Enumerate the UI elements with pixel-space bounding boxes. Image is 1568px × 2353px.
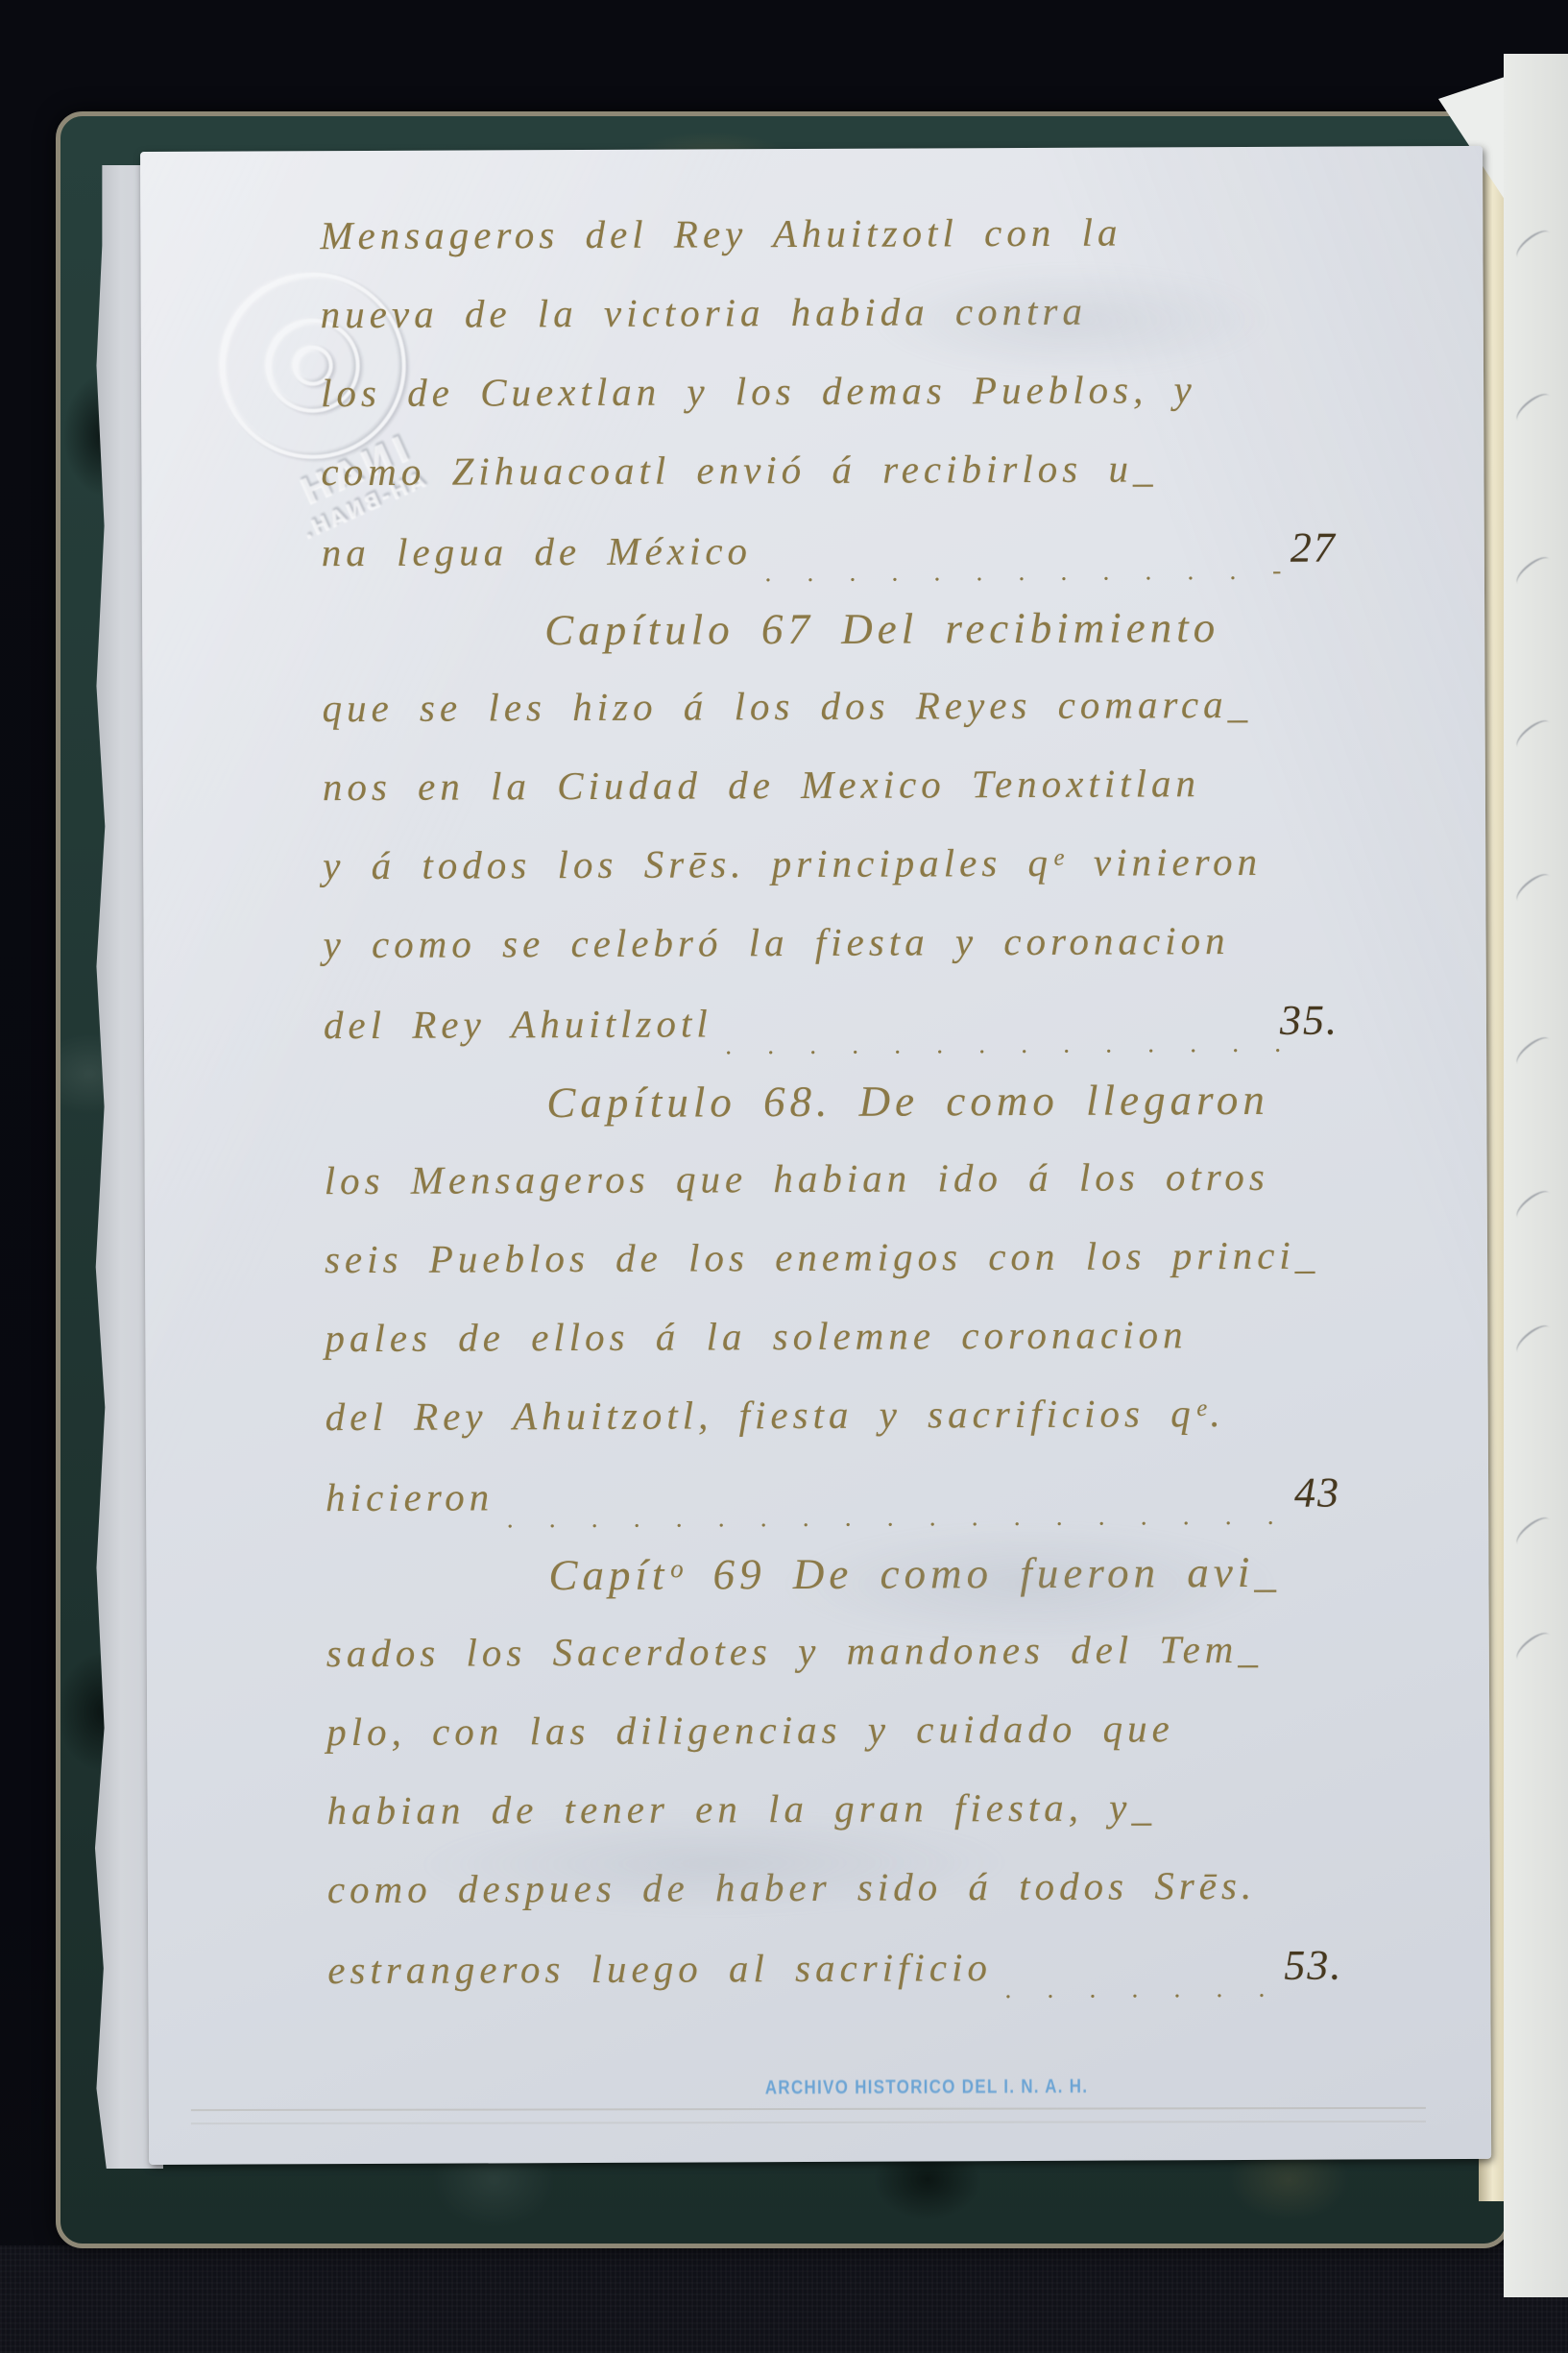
manuscript-line: estrangeros luego al sacrificio. . . . .… [327, 1941, 1342, 2025]
line-text: y á todos los Srēs. principales qᵉ vinie… [323, 838, 1262, 888]
page-number-reference: 43 [1294, 1468, 1340, 1517]
chapter-heading-line: Capítulo 67 Del recibimiento [322, 601, 1383, 685]
line-text: pales de ellos á la solemne coronacion [325, 1311, 1187, 1361]
dotted-leader: . . . . . . . . . [992, 1974, 1285, 2021]
chapter-heading-line: Capítulo 68. De como llegaron [324, 1074, 1385, 1157]
manuscript-line: seis Pueblos de los enemigos con los pri… [325, 1231, 1386, 1315]
manuscript-line: plo, con las diligencias y cuidado que [326, 1704, 1387, 1787]
paper-crease [191, 2121, 1426, 2124]
dotted-leader: . . . . . . . . . . . . - - - [752, 556, 1291, 604]
manuscript-line: nos en la Ciudad de Mexico Tenoxtitlan [323, 759, 1384, 842]
faint-handwriting-fragment [1512, 716, 1555, 754]
faint-handwriting-fragment [1512, 1321, 1555, 1359]
faint-handwriting-fragment [1512, 869, 1555, 908]
manuscript-line: los de Cuextlan y los demas Pueblos, y [321, 365, 1382, 449]
line-text: y como se celebró la fiesta y coronacion [323, 917, 1229, 967]
manuscript-line: Mensageros del Rey Ahuitzotl con la [320, 207, 1381, 291]
manuscript-line: sados los Sacerdotes y mandones del Tem_ [326, 1625, 1387, 1709]
page-number-reference: 27 [1291, 523, 1337, 572]
line-text: del Rey Ahuitlzotl [324, 1000, 712, 1048]
manuscript-line: como Zihuacoatl envió á recibirlos u_ [321, 444, 1382, 527]
manuscript-line: pales de ellos á la solemne coronacion [325, 1310, 1386, 1394]
page-number-reference: 35. [1280, 996, 1339, 1045]
manuscript-line: del Rey Ahuitzotl, fiesta y sacrificios … [326, 1389, 1387, 1472]
line-text: hicieron [326, 1473, 494, 1520]
manuscript-line: na legua de México. . . . . . . . . . . … [322, 523, 1337, 607]
line-text: Capítulo 67 Del recibimiento [544, 602, 1219, 655]
photograph-of-manuscript: INAH AH-BNAH. Mensageros del Rey Ahuitzo… [0, 0, 1568, 2353]
line-text: seis Pueblos de los enemigos con los pri… [325, 1232, 1319, 1283]
faint-handwriting-fragment [1512, 1513, 1555, 1551]
faint-handwriting-fragment [1512, 1628, 1555, 1666]
next-page-edge [1504, 54, 1568, 2297]
faint-handwriting-fragment [1512, 1032, 1555, 1071]
manuscript-line: los Mensageros que habian ido á los otro… [325, 1152, 1386, 1236]
line-text: Capítulo 68. De como llegaron [546, 1075, 1269, 1128]
manuscript-line: y como se celebró la fiesta y coronacion [323, 916, 1384, 1000]
table-surface [0, 2245, 1568, 2353]
line-text: nos en la Ciudad de Mexico Tenoxtitlan [323, 760, 1200, 810]
manuscript-page: INAH AH-BNAH. Mensageros del Rey Ahuitzo… [140, 146, 1491, 2165]
line-text: que se les hizo á los dos Reyes comarca_ [322, 681, 1252, 731]
dotted-leader: . . . . . . . . . . . . . . _ . . [712, 1029, 1280, 1078]
line-text: plo, con las diligencias y cuidado que [326, 1705, 1174, 1755]
faint-handwriting-fragment [1512, 226, 1555, 264]
text-block: Mensageros del Rey Ahuitzotl con lanueva… [320, 207, 1388, 2024]
faint-handwriting-fragment [1512, 389, 1555, 427]
manuscript-line: y á todos los Srēs. principales qᵉ vinie… [323, 837, 1384, 921]
line-text: del Rey Ahuitzotl, fiesta y sacrificios … [326, 1390, 1225, 1440]
line-text: estrangeros luego al sacrificio [327, 1944, 992, 1993]
manuscript-line: del Rey Ahuitlzotl. . . . . . . . . . . … [324, 996, 1339, 1079]
paper-crease [191, 2107, 1426, 2111]
manuscript-line: que se les hizo á los dos Reyes comarca_ [322, 680, 1383, 764]
line-text: na legua de México [322, 527, 752, 575]
faint-handwriting-fragment [1512, 1186, 1555, 1225]
line-text: los Mensageros que habian ido á los otro… [325, 1153, 1269, 1203]
page-number-reference: 53. [1284, 1941, 1342, 1990]
faint-handwriting-fragment [1512, 552, 1555, 591]
archive-stamp: ARCHIVO HISTORICO DEL I. N. A. H. [765, 2076, 1089, 2099]
line-text: como Zihuacoatl envió á recibirlos u_ [321, 445, 1157, 495]
line-text: Mensageros del Rey Ahuitzotl con la [320, 209, 1122, 259]
